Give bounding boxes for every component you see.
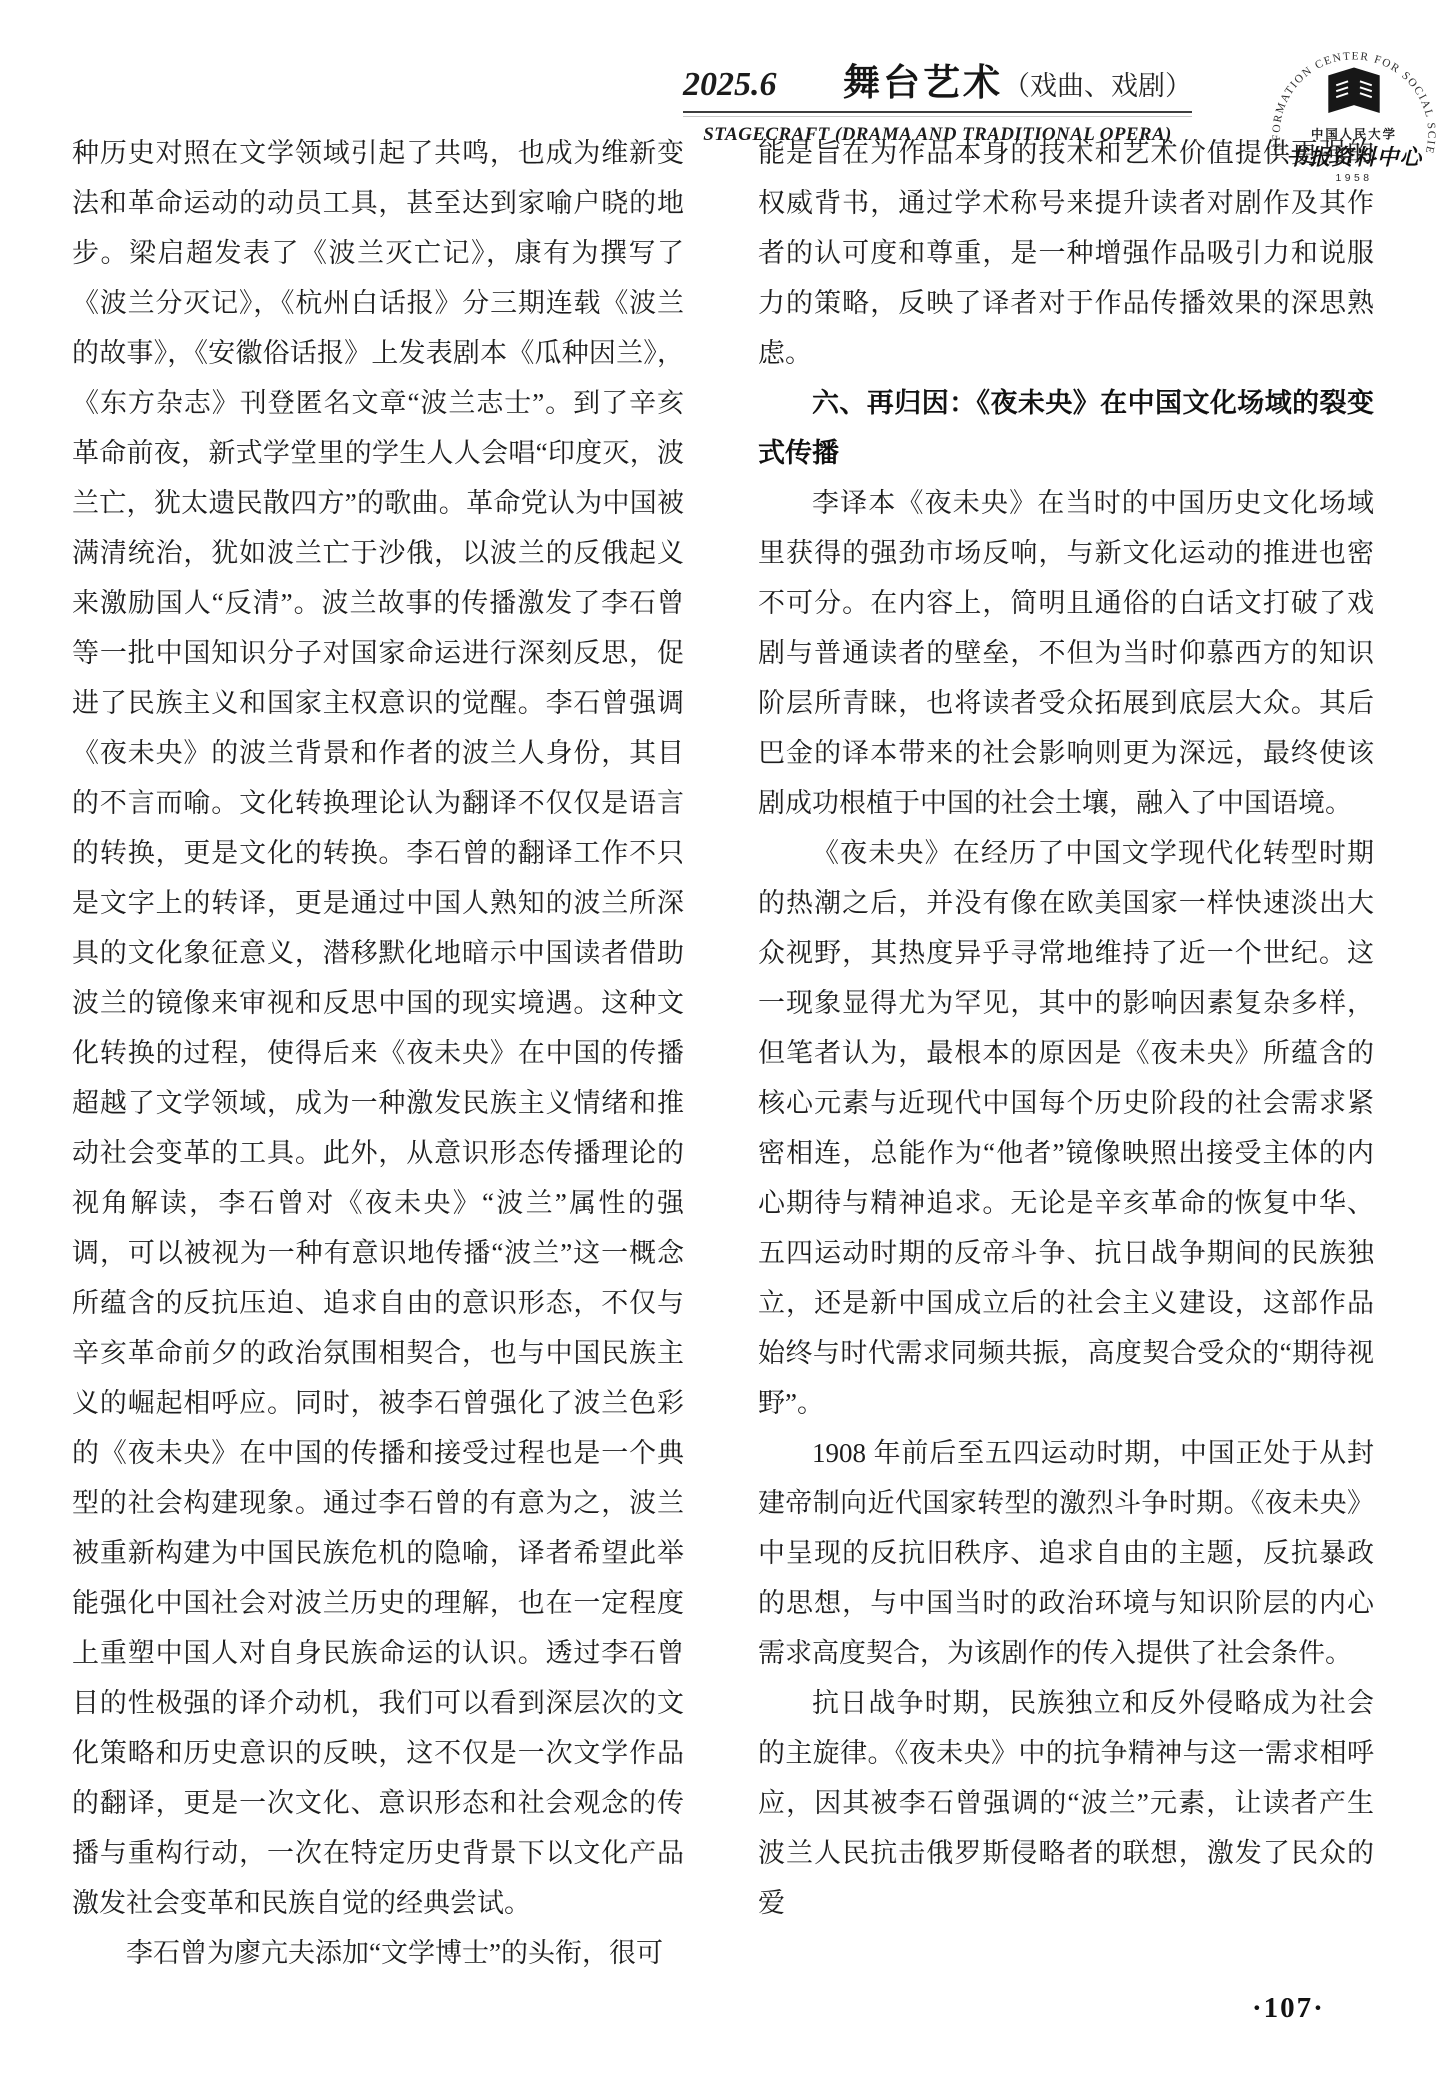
right-column: 能是旨在为作品本身的技术和艺术价值提供更强的权威背书，通过学术称号来提升读者对剧… <box>758 128 1374 1928</box>
paragraph: 能是旨在为作品本身的技术和艺术价值提供更强的权威背书，通过学术称号来提升读者对剧… <box>758 128 1374 378</box>
header-rule <box>683 111 1192 117</box>
left-column: 种历史对照在文学领域引起了共鸣，也成为维新变法和革命运动的动员工具，甚至达到家喻… <box>72 128 684 1978</box>
paragraph: 《夜未央》在经历了中国文学现代化转型时期的热潮之后，并没有像在欧美国家一样快速淡… <box>758 828 1374 1428</box>
book-icon <box>1328 68 1379 113</box>
paragraph: 李译本《夜未央》在当时的中国历史文化场域里获得的强劲市场反响，与新文化运动的推进… <box>758 478 1374 828</box>
paragraph: 李石曾为廖亢夫添加“文学博士”的头衔，很可 <box>72 1928 684 1978</box>
header-title-row: 2025.6 舞台艺术 （戏曲、戏剧） <box>683 52 1192 111</box>
paragraph: 1908 年前后至五四运动时期，中国正处于从封建帝制向近代国家转型的激烈斗争时期… <box>758 1428 1374 1678</box>
page-number: ·107· <box>1252 1992 1325 2025</box>
paragraph: 种历史对照在文学领域引起了共鸣，也成为维新变法和革命运动的动员工具，甚至达到家喻… <box>72 128 684 1928</box>
journal-title-cn: 舞台艺术 <box>843 52 1003 106</box>
paragraph: 抗日战争时期，民族独立和反外侵略成为社会的主旋律。《夜未央》中的抗争精神与这一需… <box>758 1678 1374 1928</box>
journal-page: 2025.6 舞台艺术 （戏曲、戏剧） STAGECRAFT (DRAMA AN… <box>0 0 1454 2100</box>
section-heading: 六、再归因：《夜未央》在中国文化场域的裂变式传播 <box>758 378 1374 478</box>
issue-number: 2025.6 <box>683 66 777 104</box>
journal-subtitle-cn: （戏曲、戏剧） <box>1003 64 1192 103</box>
journal-title-group: 舞台艺术 （戏曲、戏剧） <box>843 52 1192 106</box>
